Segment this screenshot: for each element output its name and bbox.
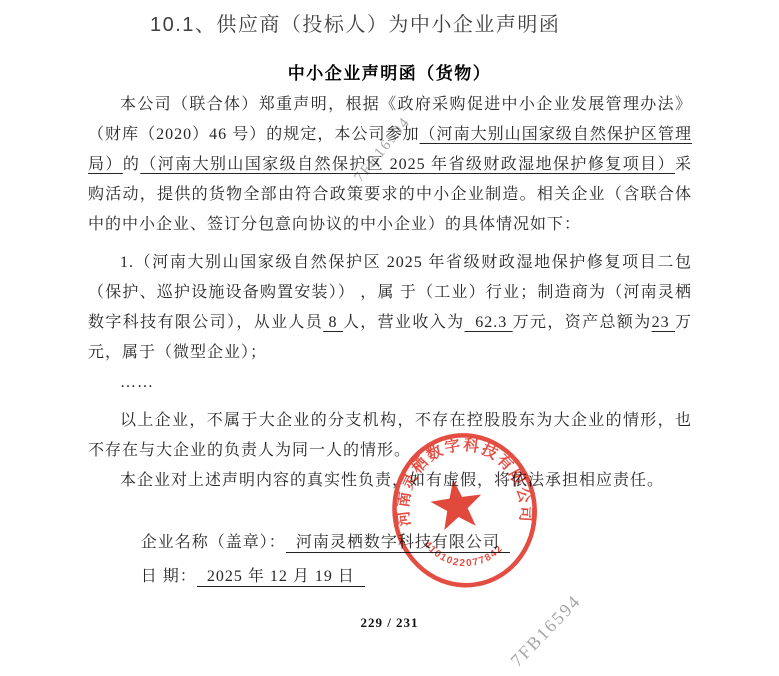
paragraph-enterprise-details: 1.（河南大别山国家级自然保护区 2025 年省级财政湿地保护修复项目二包（保护…: [88, 248, 692, 368]
company-name-value: 河南灵栖数字科技有限公司: [286, 534, 510, 553]
ellipsis-line: ……: [88, 368, 692, 398]
date-label: 日 期：: [141, 568, 197, 585]
watermark-text: 7FB16594: [506, 591, 585, 672]
date-line: 日 期：2025 年 12 月 19 日: [88, 562, 692, 592]
text-segment: 人，营业收入为: [343, 314, 465, 331]
underlined-fill-in: （河南大别山国家级自然保护区 2025 年省级财政湿地保护修复项目）: [140, 156, 675, 173]
document-title: 中小企业声明函（货物）: [0, 59, 779, 84]
underlined-fill-in: 8: [323, 314, 343, 331]
paragraph-declaration: 本公司（联合体）郑重声明，根据《政府采购促进中小企业发展管理办法》（财库（202…: [88, 90, 692, 240]
document-page: 7FB16594 7FB16594 10.1、供应商（投标人）为中小企业声明函 …: [0, 0, 779, 676]
paragraph-not-large-enterprise: 以上企业，不属于大企业的分支机构，不存在控股股东为大企业的情形，也不存在与大企业…: [88, 406, 692, 466]
date-value: 2025 年 12 月 19 日: [197, 568, 365, 587]
page-number: 229 / 231: [0, 615, 779, 631]
company-name-label: 企业名称（盖章）：: [141, 534, 286, 551]
paragraph-responsibility: 本企业对上述声明内容的真实性负责，如有虚假，将依法承担相应责任。: [88, 466, 692, 496]
section-title: 10.1、供应商（投标人）为中小企业声明函: [150, 8, 560, 37]
underlined-fill-in: 23: [652, 314, 675, 331]
text-segment: 的: [123, 156, 140, 173]
company-name-line: 企业名称（盖章）：河南灵栖数字科技有限公司: [88, 528, 692, 558]
document-body: 本公司（联合体）郑重声明，根据《政府采购促进中小企业发展管理办法》（财库（202…: [88, 90, 692, 592]
underlined-fill-in: 62.3: [465, 314, 513, 331]
text-segment: 万元，资产总额为: [513, 314, 652, 331]
